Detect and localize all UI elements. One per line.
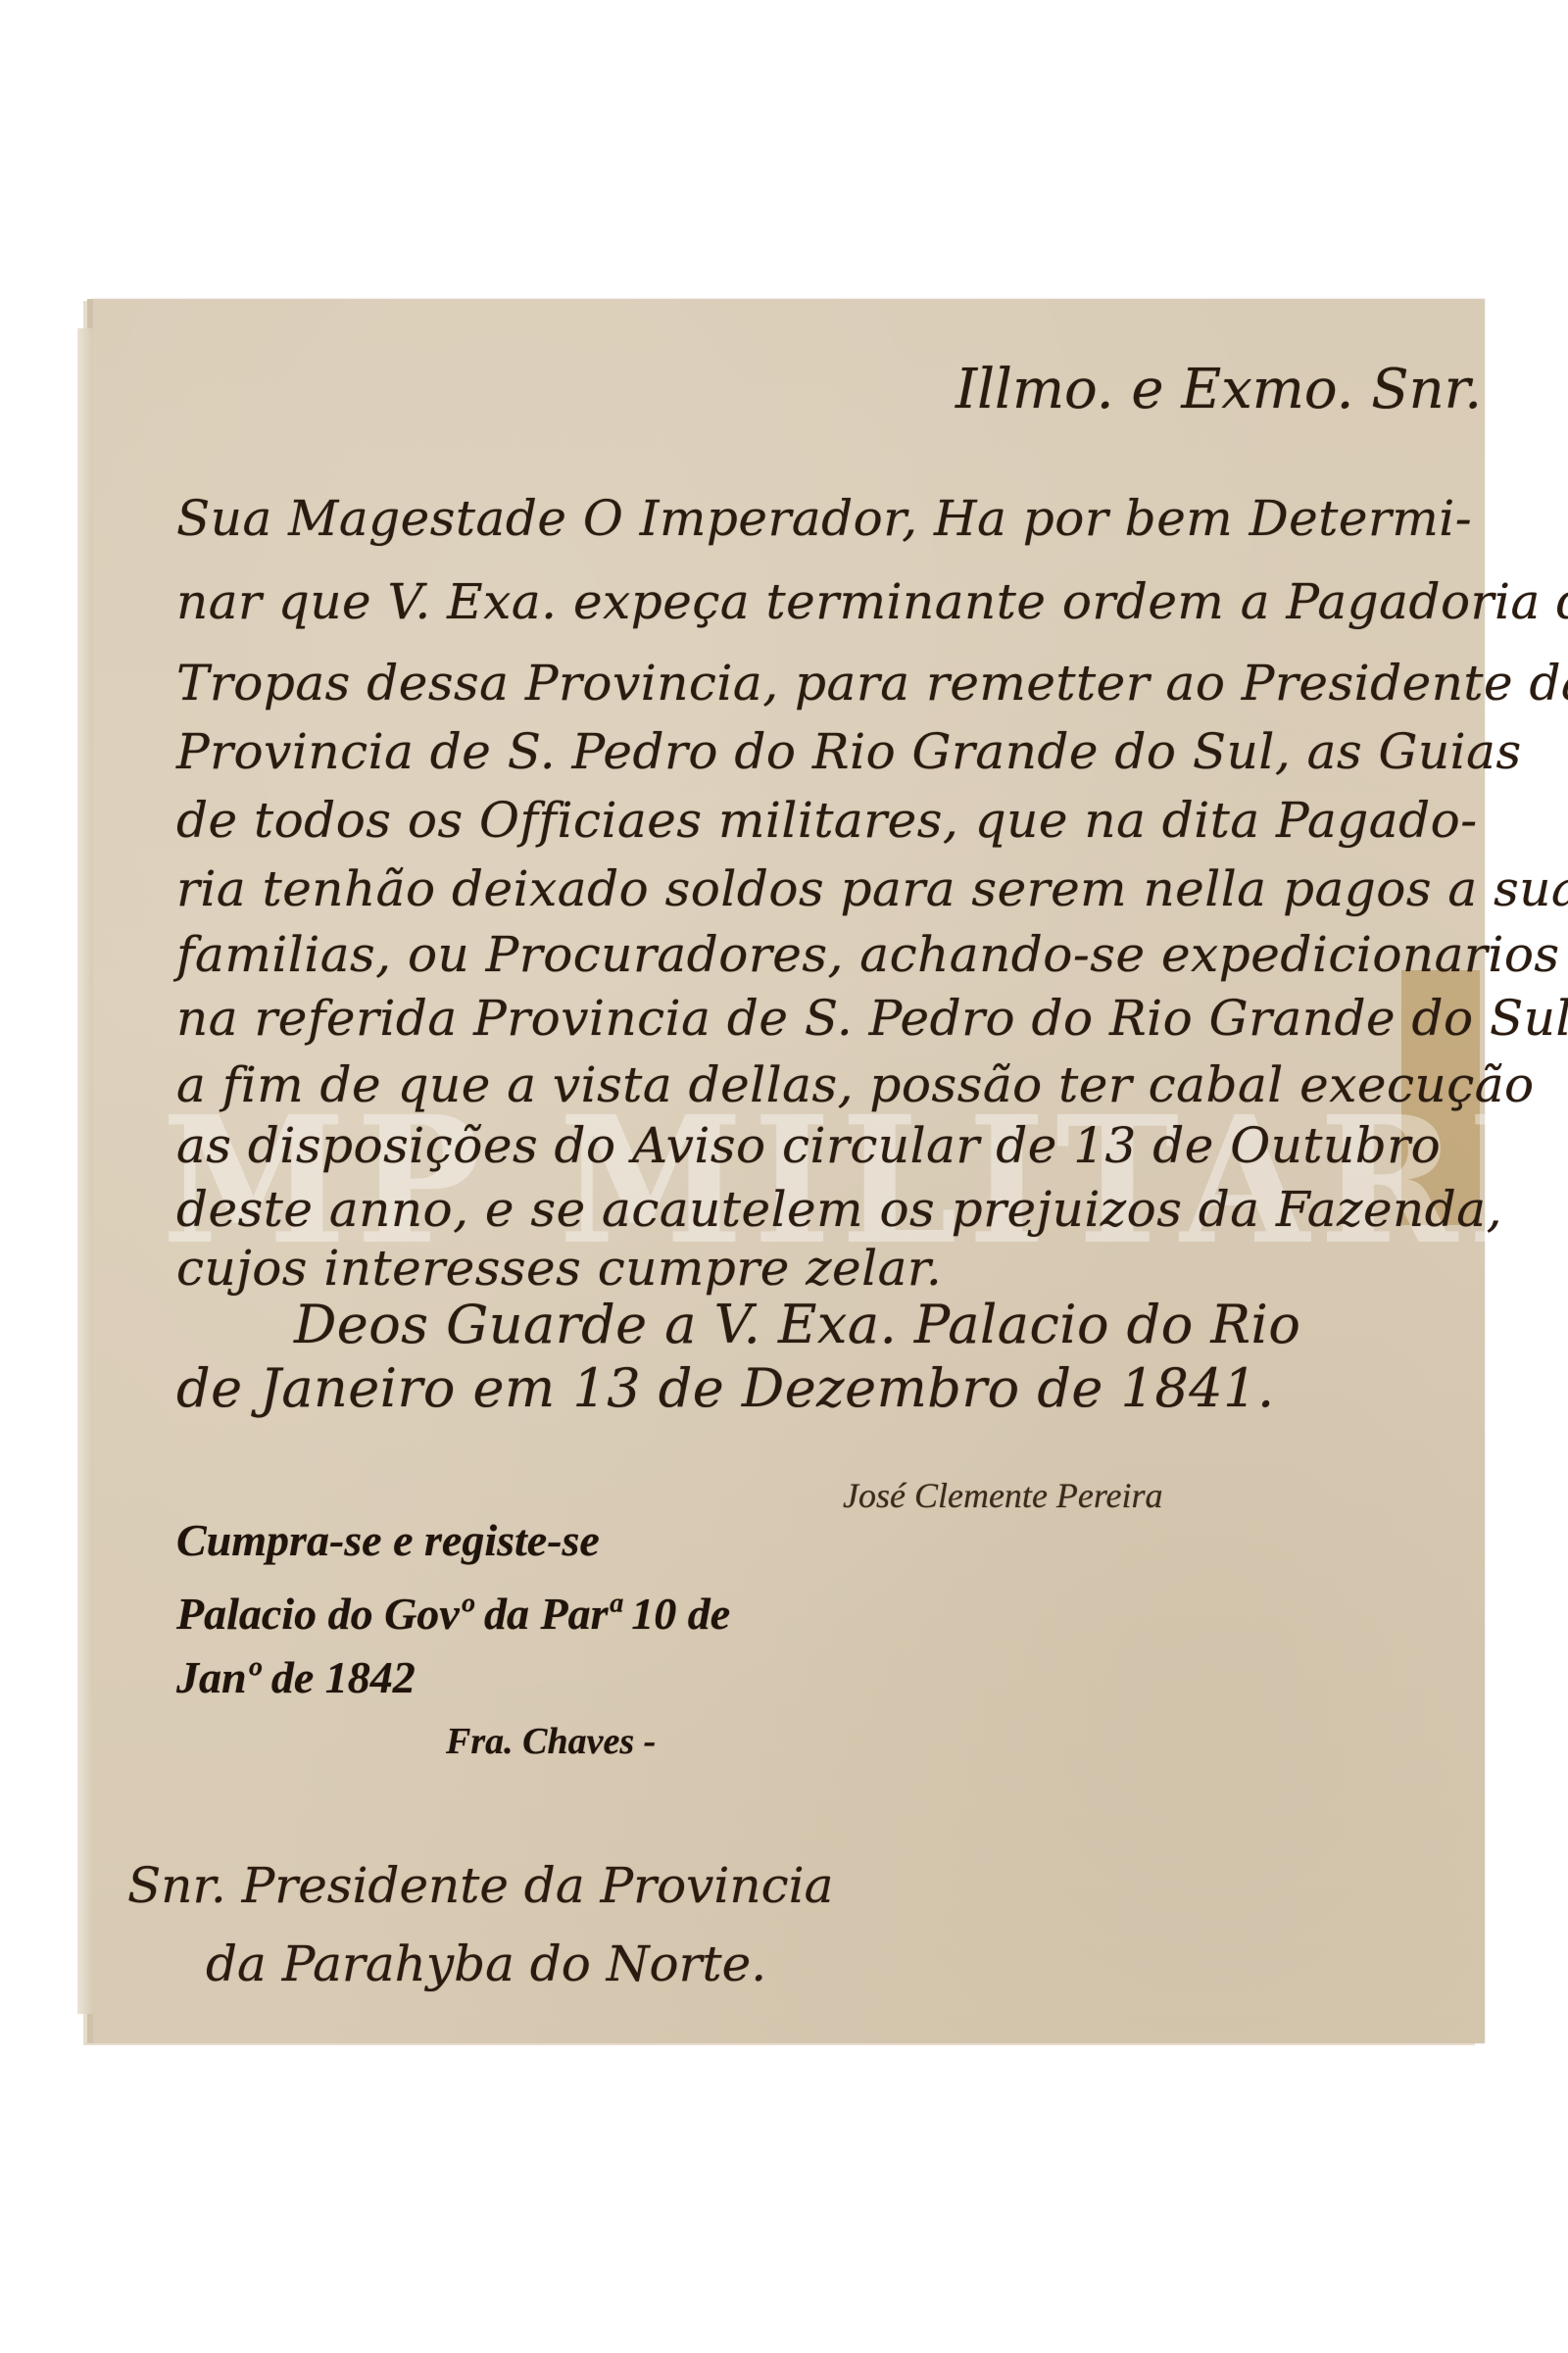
body-line: na referida Provincia de S. Pedro do Rio… [176, 990, 1568, 1047]
annotation-line: Cumpra-se e registe-se [176, 1514, 600, 1566]
signature: José Clemente Pereira [843, 1475, 1163, 1516]
annotation-line: Palacio do Govº da Parª 10 de [176, 1588, 730, 1640]
body-line: Sua Magestade O Imperador, Ha por bem De… [176, 490, 1472, 547]
body-line: familias, ou Procuradores, achando-se ex… [176, 926, 1560, 983]
closing-line: de Janeiro em 13 de Dezembro de 1841. [176, 1357, 1275, 1419]
body-line: as disposições do Aviso circular de 13 d… [176, 1117, 1441, 1174]
body-line: nar que V. Exa. expeça terminante ordem … [176, 573, 1568, 630]
body-line: de todos os Officiaes militares, que na … [176, 792, 1478, 849]
body-line: Tropas dessa Provincia, para remetter ao… [176, 655, 1568, 711]
body-line: ria tenhão deixado soldos para serem nel… [176, 860, 1568, 917]
annotation-line: Janº de 1842 [176, 1651, 416, 1703]
salutation: Illmo. e Exmo. Snr. [955, 358, 1482, 421]
closing-line: Deos Guarde a V. Exa. Palacio do Rio [294, 1294, 1300, 1355]
body-line: a fim de que a vista dellas, possão ter … [176, 1056, 1535, 1113]
address-line: Snr. Presidente da Provincia [127, 1857, 833, 1914]
body-line: cujos interesses cumpre zelar. [176, 1240, 942, 1297]
body-line: deste anno, e se acautelem os prejuizos … [176, 1181, 1502, 1238]
annotation-signature: Fra. Chaves - [446, 1720, 656, 1763]
body-line: Provincia de S. Pedro do Rio Grande do S… [176, 723, 1522, 780]
address-line: da Parahyba do Norte. [206, 1936, 766, 1992]
